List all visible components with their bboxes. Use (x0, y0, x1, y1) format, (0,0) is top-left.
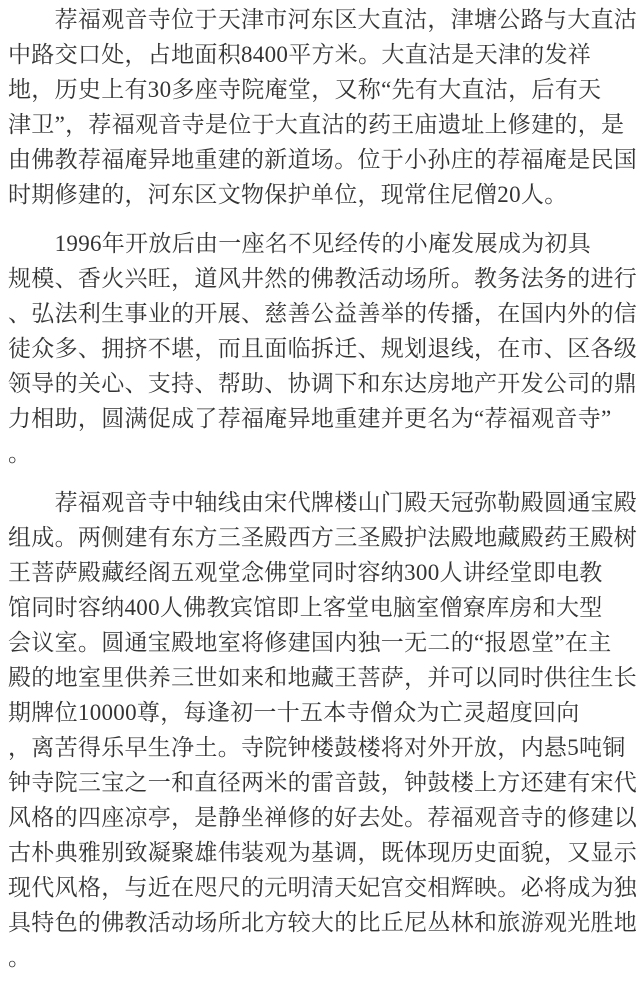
paragraph-history-relocation: 1996年开放后由一座名不见经传的小庵发展成为初具 规模、香火兴旺，道风井然的佛… (8, 226, 640, 471)
paragraph-temple-layout: 荐福观音寺中轴线由宋代牌楼山门殿天冠弥勒殿圆通宝殿 组成。两侧建有东方三圣殿西方… (8, 485, 640, 975)
paragraph-location-intro: 荐福观音寺位于天津市河东区大直沽，津塘公路与大直沽 中路交口处，占地面积8400… (8, 2, 640, 212)
article-page: 荐福观音寺位于天津市河东区大直沽，津塘公路与大直沽 中路交口处，占地面积8400… (0, 0, 640, 981)
